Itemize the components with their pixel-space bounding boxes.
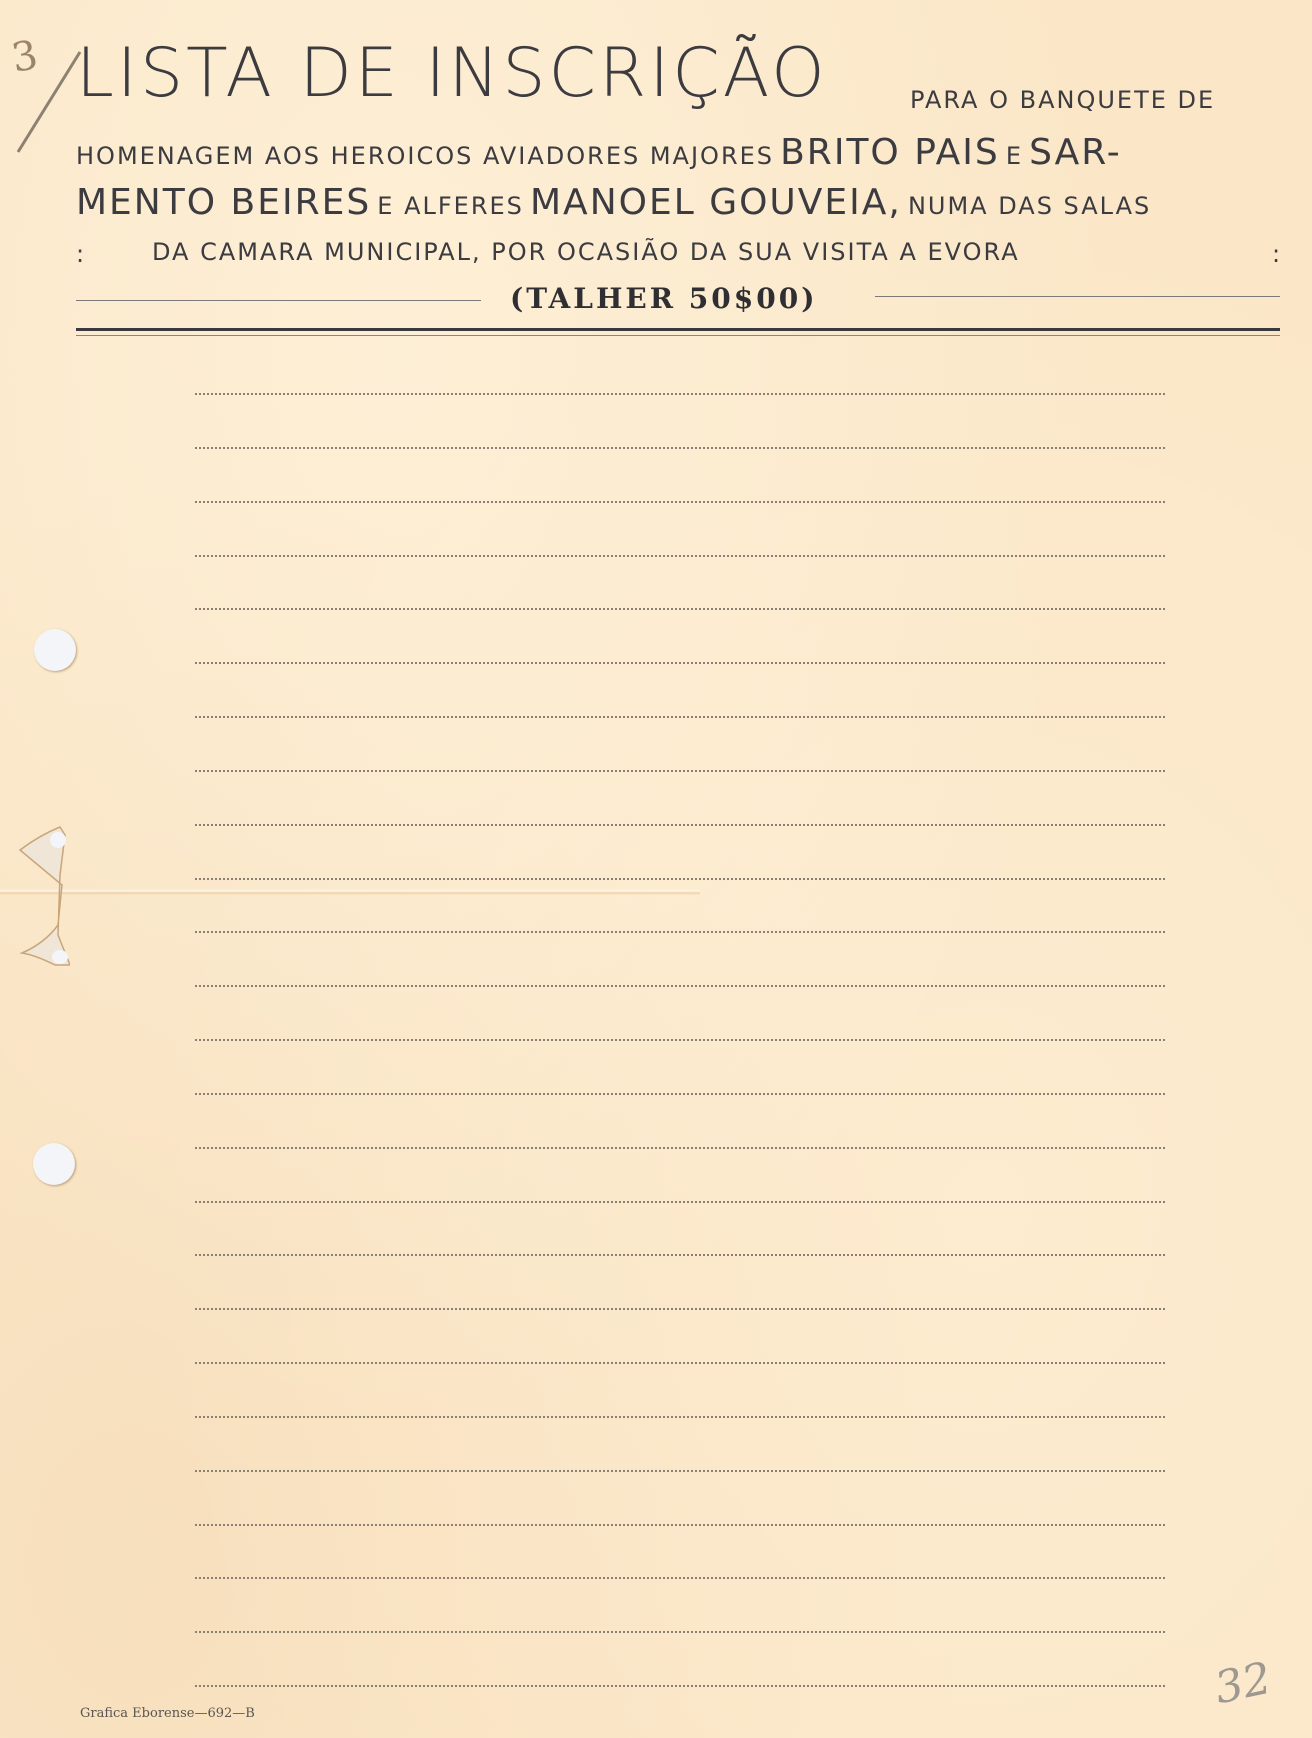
signature-line[interactable] [195,770,1165,772]
dedication-text: HOMENAGEM AOS HEROICOS AVIADORES MAJORES [76,142,774,170]
price-rule-right [875,296,1280,297]
honoree-name: BRITO PAIS [780,132,1000,173]
signature-line[interactable] [195,878,1165,880]
conjunction: E [1006,142,1023,170]
title-subline: PARA O BANQUETE DE [910,86,1215,114]
printer-imprint: Grafica Eborense—692—B [80,1706,255,1721]
punch-hole-bottom [33,1143,75,1185]
signature-line[interactable] [195,1308,1165,1310]
signature-line[interactable] [195,1470,1165,1472]
punch-hole-top [34,629,76,671]
signature-line[interactable] [195,1254,1165,1256]
signature-line[interactable] [195,1416,1165,1418]
signature-line[interactable] [195,501,1165,503]
price-label: (TALHER 50$00) [510,282,817,315]
signature-line[interactable] [195,1362,1165,1364]
signature-line[interactable] [195,393,1165,395]
signature-line[interactable] [195,1039,1165,1041]
paper-crease [0,889,700,895]
right-colon: : [1272,240,1282,268]
signature-line[interactable] [195,716,1165,718]
header-divider-thick [76,328,1280,331]
dedication-line-2: HOMENAGEM AOS HEROICOS AVIADORES MAJORES… [76,132,1122,173]
handwritten-page-number: 32 [1210,1653,1275,1715]
signature-line[interactable] [195,1631,1165,1633]
location-text: NUMA DAS SALAS [908,192,1151,220]
honoree-name-gouveia: MANOEL GOUVEIA, [530,182,902,223]
signature-line[interactable] [195,447,1165,449]
price-rule-left [76,300,481,301]
signature-line[interactable] [195,608,1165,610]
signature-line[interactable] [195,1685,1165,1687]
signature-line[interactable] [195,931,1165,933]
signature-line[interactable] [195,1201,1165,1203]
rank-text: E ALFERES [377,192,524,220]
torn-punch-hole [10,815,70,975]
left-colon: : [76,240,86,268]
signature-line[interactable] [195,555,1165,557]
signature-line[interactable] [195,1577,1165,1579]
signature-line[interactable] [195,1524,1165,1526]
header-divider-thin [76,335,1280,336]
signature-line[interactable] [195,824,1165,826]
signature-line[interactable] [195,1147,1165,1149]
signature-line[interactable] [195,985,1165,987]
honoree-name-start: SAR- [1029,132,1122,173]
honoree-name-end: MENTO BEIRES [76,182,371,223]
signature-line[interactable] [195,1093,1165,1095]
signature-line[interactable] [195,662,1165,664]
dedication-line-3: MENTO BEIRES E ALFERES MANOEL GOUVEIA, N… [76,182,1151,223]
page-title: LISTA DE INSCRIÇÃO [76,40,828,108]
handwritten-slash-mark [14,48,84,158]
dedication-line-4: DA CAMARA MUNICIPAL, POR OCASIÃO DA SUA … [152,238,1020,266]
